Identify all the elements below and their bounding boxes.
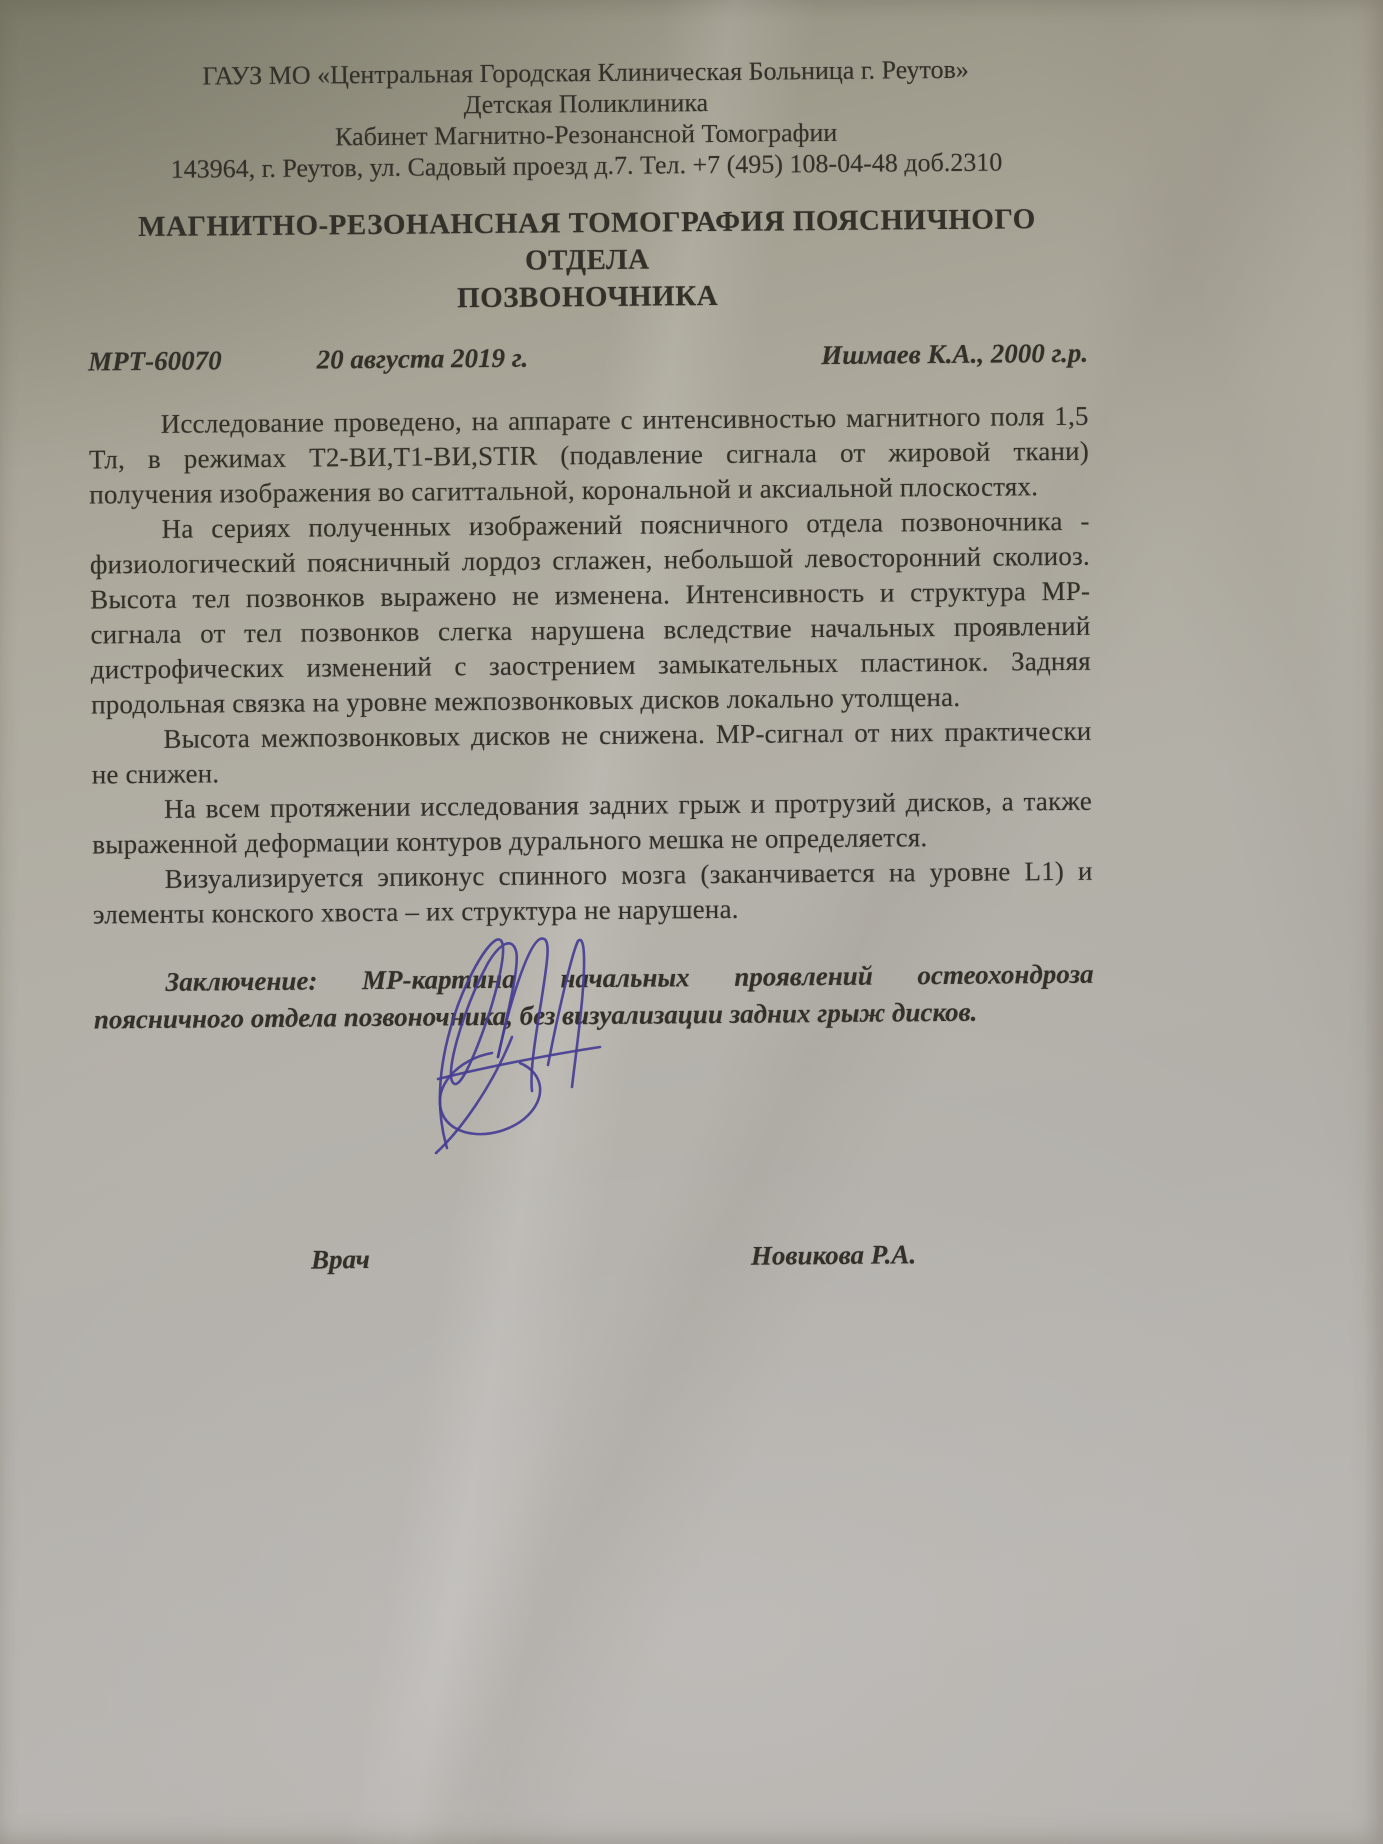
report-title: МАГНИТНО-РЕЗОНАНСНАЯ ТОМОГРАФИЯ ПОЯСНИЧН… [87, 201, 1088, 321]
report-meta-row: МРТ-60070 20 августа 2019 г. Ишмаев К.А.… [88, 338, 1088, 378]
document-photo: ГАУЗ МО «Центральная Городская Клиническ… [0, 0, 1383, 1844]
doctor-role-label: Врач [311, 1244, 370, 1276]
report-paragraph: Высота межпозвонковых дисков не снижена.… [91, 714, 1092, 793]
report-paragraph: Визуализируется эпиконус спинного мозга … [93, 854, 1094, 933]
report-title-line1: МАГНИТНО-РЕЗОНАНСНАЯ ТОМОГРАФИЯ ПОЯСНИЧН… [87, 201, 1088, 284]
report-body: Исследование проведено, на аппарате с ин… [89, 399, 1094, 933]
org-header: ГАУЗ МО «Центральная Городская Клиническ… [86, 53, 1087, 186]
report-title-line2: ПОЗВОНОЧНИКА [87, 275, 1087, 321]
signature-row: Врач Новикова Р.А. [96, 1238, 1096, 1291]
exam-date: 20 августа 2019 г. [316, 343, 528, 376]
conclusion: Заключение: МР-картина начальных проявле… [93, 956, 1094, 1039]
doctor-name: Новикова Р.А. [751, 1239, 916, 1271]
conclusion-label: Заключение: [165, 966, 317, 997]
report-paragraph: На сериях полученных изображений пояснич… [89, 504, 1091, 723]
exam-number: МРТ-60070 [88, 345, 222, 377]
patient-name: Ишмаев К.А., 2000 г.р. [821, 338, 1088, 371]
mri-report-document: ГАУЗ МО «Центральная Городская Клиническ… [85, 0, 1096, 1290]
report-paragraph: Исследование проведено, на аппарате с ин… [89, 399, 1090, 513]
report-paragraph: На всем протяжении исследования задних г… [92, 784, 1093, 863]
